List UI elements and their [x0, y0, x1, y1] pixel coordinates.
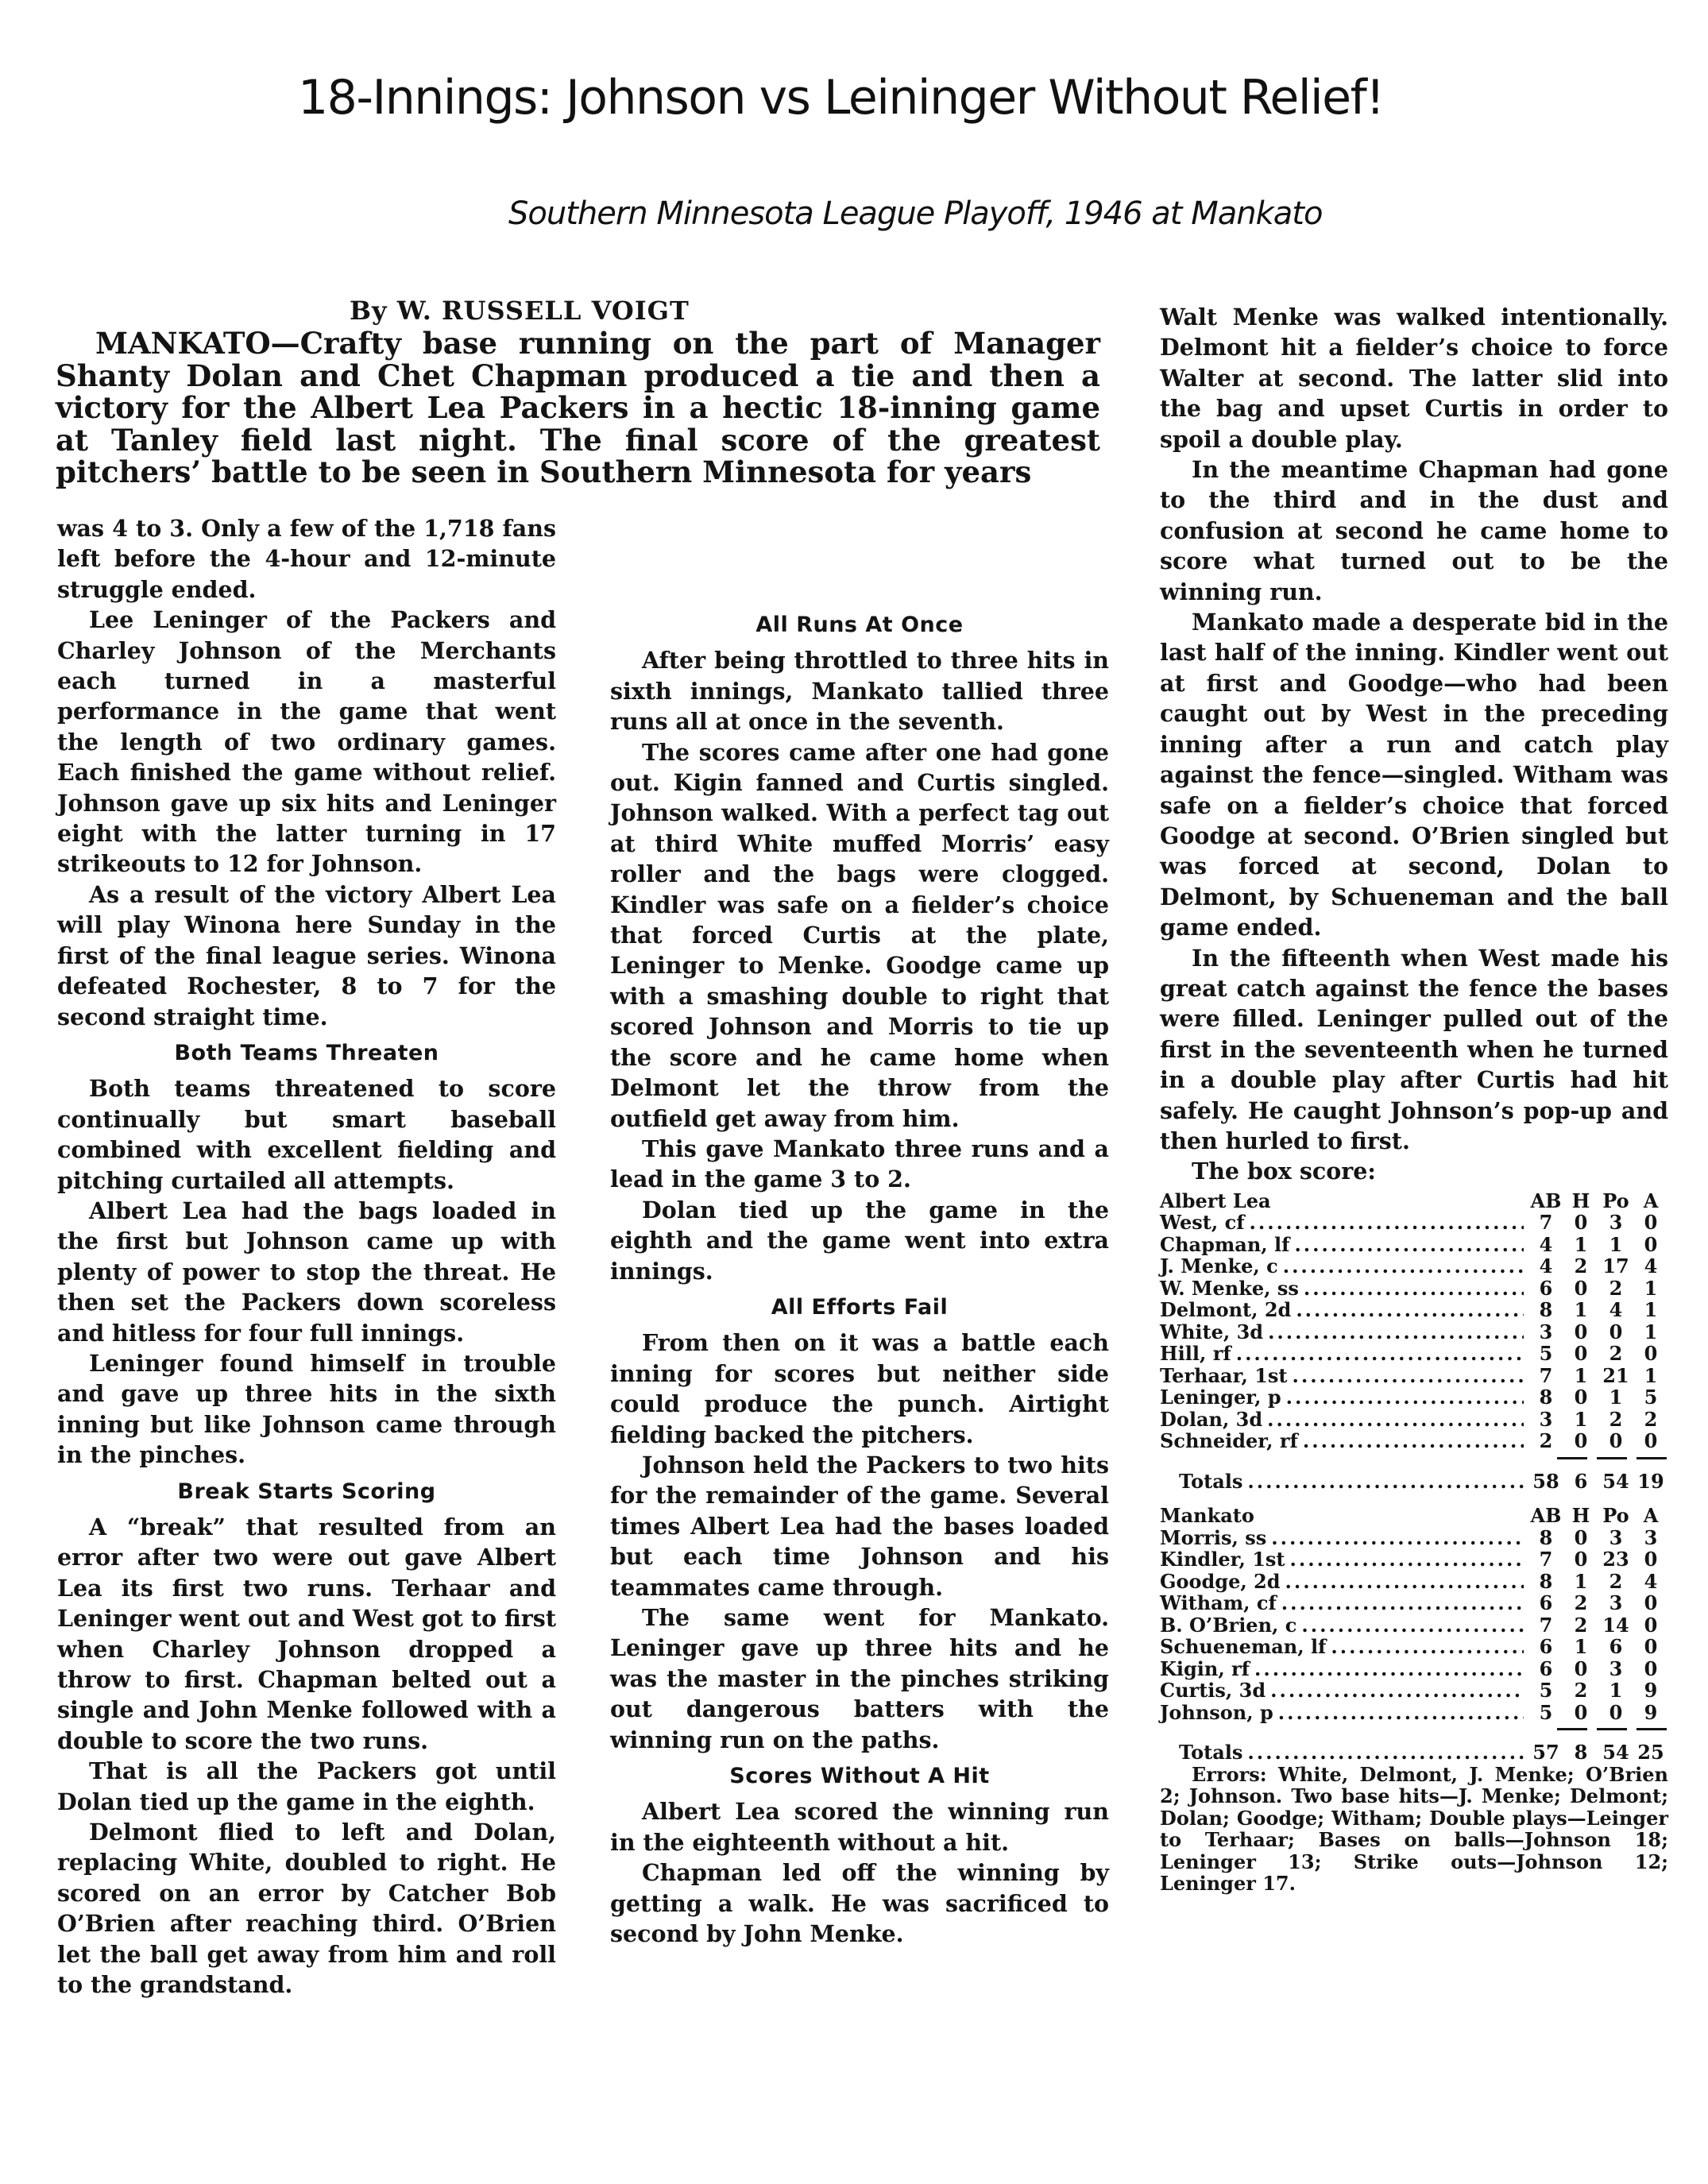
hits: 1 — [1563, 1365, 1598, 1387]
totals-rule — [1557, 1728, 1668, 1730]
paragraph: Albert Lea had the bags loaded in the fi… — [57, 1196, 556, 1348]
subheading: All Runs At Once — [610, 610, 1109, 640]
box-score-row: White, 3d3001 — [1160, 1321, 1668, 1343]
subheading: All Efforts Fail — [610, 1293, 1109, 1323]
hits: 0 — [1563, 1658, 1598, 1680]
box-score-row: J. Menke, c42174 — [1160, 1255, 1668, 1278]
box-score-row: Schueneman, lf6160 — [1160, 1636, 1668, 1658]
paragraph: This gave Mankato three runs and a lead … — [610, 1134, 1109, 1195]
assists: 9 — [1633, 1680, 1668, 1702]
putouts: 1 — [1598, 1680, 1633, 1702]
paragraph: In the meantime Chapman had gone to the … — [1160, 454, 1668, 607]
page-title: 18-Innings: Johnson vs Leininger Without… — [298, 70, 1505, 126]
box-score-row: Hill, rf5020 — [1160, 1343, 1668, 1365]
at-bats: 6 — [1528, 1592, 1563, 1614]
at-bats: 5 — [1528, 1680, 1563, 1702]
hits: 0 — [1563, 1321, 1598, 1343]
hits: 0 — [1563, 1702, 1598, 1724]
putouts: 2 — [1598, 1409, 1633, 1431]
lead-paragraph: MANKATO—Crafty base running on the part … — [56, 327, 1100, 489]
paragraph: Chapman led off the winning by getting a… — [610, 1857, 1109, 1949]
at-bats: 7 — [1528, 1365, 1563, 1387]
box-score-row: Chapman, lf4110 — [1160, 1234, 1668, 1256]
hits: 1 — [1563, 1636, 1598, 1658]
at-bats: 6 — [1528, 1636, 1563, 1658]
box-score: Albert Lea AB H Po A West, cf7030Chapman… — [1160, 1190, 1668, 1895]
putouts: 0 — [1598, 1430, 1633, 1452]
player-name: Goodge, 2d — [1160, 1571, 1281, 1593]
page-subtitle: Southern Minnesota League Playoff, 1946 … — [508, 195, 1541, 232]
hits: 2 — [1563, 1614, 1598, 1637]
box-score-row: Terhaar, 1st71211 — [1160, 1365, 1668, 1387]
totals-row: Totals 58 6 54 19 — [1160, 1471, 1668, 1493]
paragraph: A “break” that resulted from an error af… — [57, 1512, 556, 1756]
paragraph: As a result of the victory Albert Lea wi… — [57, 879, 556, 1032]
putouts: 3 — [1598, 1592, 1633, 1614]
putouts: 3 — [1598, 1658, 1633, 1680]
at-bats: 7 — [1528, 1548, 1563, 1571]
player-name: West, cf — [1160, 1212, 1245, 1234]
column-header: Po — [1598, 1505, 1633, 1527]
assists: 0 — [1633, 1614, 1668, 1637]
putouts: 1 — [1598, 1234, 1633, 1256]
hits: 0 — [1563, 1278, 1598, 1300]
at-bats: 2 — [1528, 1430, 1563, 1452]
at-bats: 5 — [1528, 1702, 1563, 1724]
column-header: A — [1633, 1190, 1668, 1212]
assists: 0 — [1633, 1592, 1668, 1614]
player-name: Leninger, p — [1160, 1386, 1281, 1409]
assists: 0 — [1633, 1430, 1668, 1452]
assists: 0 — [1633, 1636, 1668, 1658]
putouts: 3 — [1598, 1212, 1633, 1234]
paragraph: Delmont flied to left and Dolan, replaci… — [57, 1817, 556, 2000]
assists: 1 — [1633, 1278, 1668, 1300]
box-score-row: Goodge, 2d8124 — [1160, 1571, 1668, 1593]
box-score-row: Curtis, 3d5219 — [1160, 1680, 1668, 1702]
paragraph: The same went for Mankato. Leninger gave… — [610, 1602, 1109, 1755]
player-name: Curtis, 3d — [1160, 1680, 1266, 1702]
hits: 1 — [1563, 1234, 1598, 1256]
box-score-row: Schneider, rf2000 — [1160, 1430, 1668, 1452]
at-bats: 7 — [1528, 1212, 1563, 1234]
hits: 2 — [1563, 1255, 1598, 1278]
hits: 0 — [1563, 1212, 1598, 1234]
paragraph: was 4 to 3. Only a few of the 1,718 fans… — [57, 513, 556, 605]
assists: 2 — [1633, 1409, 1668, 1431]
putouts: 2 — [1598, 1278, 1633, 1300]
at-bats: 6 — [1528, 1658, 1563, 1680]
hits: 0 — [1563, 1430, 1598, 1452]
at-bats: 8 — [1528, 1571, 1563, 1593]
at-bats: 5 — [1528, 1343, 1563, 1365]
paragraph: That is all the Packers got until Dolan … — [57, 1756, 556, 1817]
box-score-header-albert-lea: Albert Lea AB H Po A — [1160, 1190, 1668, 1212]
assists: 1 — [1633, 1321, 1668, 1343]
totals-rule — [1557, 1457, 1668, 1459]
player-name: Delmont, 2d — [1160, 1299, 1291, 1321]
hits: 0 — [1563, 1548, 1598, 1571]
at-bats: 6 — [1528, 1278, 1563, 1300]
column-header: AB — [1528, 1190, 1563, 1212]
putouts: 2 — [1598, 1343, 1633, 1365]
paragraph: Both teams threatened to score continual… — [57, 1073, 556, 1196]
box-score-row: Johnson, p5009 — [1160, 1702, 1668, 1724]
player-name: Kindler, 1st — [1160, 1548, 1285, 1571]
putouts: 0 — [1598, 1321, 1633, 1343]
assists: 9 — [1633, 1702, 1668, 1724]
box-score-row: West, cf7030 — [1160, 1212, 1668, 1234]
assists: 0 — [1633, 1658, 1668, 1680]
player-name: Johnson, p — [1160, 1702, 1273, 1724]
paragraph: Albert Lea scored the winning run in the… — [610, 1796, 1109, 1857]
hits: 2 — [1563, 1680, 1598, 1702]
box-score-row: Leninger, p8015 — [1160, 1386, 1668, 1409]
subheading: Both Teams Threaten — [57, 1038, 556, 1069]
paragraph: From then on it was a battle each inning… — [610, 1328, 1109, 1450]
paragraph: Johnson held the Packers to two hits for… — [610, 1450, 1109, 1602]
assists: 4 — [1633, 1571, 1668, 1593]
box-score-row: W. Menke, ss6021 — [1160, 1278, 1668, 1300]
box-score-row: Delmont, 2d8141 — [1160, 1299, 1668, 1321]
at-bats: 7 — [1528, 1614, 1563, 1637]
box-score-row: Kigin, rf6030 — [1160, 1658, 1668, 1680]
assists: 0 — [1633, 1548, 1668, 1571]
assists: 1 — [1633, 1299, 1668, 1321]
putouts: 23 — [1598, 1548, 1633, 1571]
putouts: 2 — [1598, 1571, 1633, 1593]
putouts: 0 — [1598, 1702, 1633, 1724]
paragraph: The box score: — [1160, 1156, 1668, 1186]
article-column-1: was 4 to 3. Only a few of the 1,718 fans… — [57, 513, 556, 2000]
paragraph: Mankato made a desperate bid in the last… — [1160, 607, 1668, 942]
article-column-2: All Runs At Once After being throttled t… — [610, 604, 1109, 1949]
column-header: H — [1563, 1505, 1598, 1527]
at-bats: 8 — [1528, 1527, 1563, 1549]
at-bats: 3 — [1528, 1321, 1563, 1343]
player-name: Dolan, 3d — [1160, 1409, 1262, 1431]
team-name: Albert Lea — [1160, 1190, 1271, 1212]
player-name: Hill, rf — [1160, 1343, 1231, 1365]
player-name: Morris, ss — [1160, 1527, 1266, 1549]
paragraph: Leninger found himself in trouble and ga… — [57, 1348, 556, 1471]
assists: 4 — [1633, 1255, 1668, 1278]
box-score-row: Kindler, 1st70230 — [1160, 1548, 1668, 1571]
hits: 1 — [1563, 1571, 1598, 1593]
box-score-row: Dolan, 3d3122 — [1160, 1409, 1668, 1431]
paragraph: In the fifteenth when West made his grea… — [1160, 943, 1668, 1157]
putouts: 1 — [1598, 1386, 1633, 1409]
column-header: AB — [1528, 1505, 1563, 1527]
assists: 3 — [1633, 1527, 1668, 1549]
assists: 0 — [1633, 1212, 1668, 1234]
at-bats: 8 — [1528, 1386, 1563, 1409]
hits: 0 — [1563, 1386, 1598, 1409]
paragraph: Walt Menke was walked intentionally. Del… — [1160, 302, 1668, 454]
at-bats: 8 — [1528, 1299, 1563, 1321]
paragraph: After being throttled to three hits in s… — [610, 645, 1109, 736]
column-header: Po — [1598, 1190, 1633, 1212]
hits: 2 — [1563, 1592, 1598, 1614]
putouts: 14 — [1598, 1614, 1633, 1637]
paragraph: Lee Leninger of the Packers and Charley … — [57, 605, 556, 879]
assists: 0 — [1633, 1234, 1668, 1256]
subheading: Break Starts Scoring — [57, 1477, 556, 1507]
putouts: 3 — [1598, 1527, 1633, 1549]
box-score-row: Morris, ss8033 — [1160, 1527, 1668, 1549]
putouts: 21 — [1598, 1365, 1633, 1387]
player-name: Schneider, rf — [1160, 1430, 1298, 1452]
box-score-notes: Errors: White, Delmont, J. Menke; O’Brie… — [1160, 1764, 1668, 1895]
hits: 0 — [1563, 1527, 1598, 1549]
putouts: 17 — [1598, 1255, 1633, 1278]
box-score-header-mankato: Mankato AB H Po A — [1160, 1505, 1668, 1527]
paragraph: The scores came after one had gone out. … — [610, 737, 1109, 1134]
at-bats: 3 — [1528, 1409, 1563, 1431]
player-name: Terhaar, 1st — [1160, 1365, 1287, 1387]
player-name: Schueneman, lf — [1160, 1636, 1326, 1658]
hits: 1 — [1563, 1299, 1598, 1321]
player-name: Chapman, lf — [1160, 1234, 1289, 1256]
column-header: H — [1563, 1190, 1598, 1212]
team-rows: West, cf7030Chapman, lf4110J. Menke, c42… — [1160, 1212, 1668, 1452]
assists: 0 — [1633, 1343, 1668, 1365]
assists: 5 — [1633, 1386, 1668, 1409]
hits: 0 — [1563, 1343, 1598, 1365]
player-name: W. Menke, ss — [1160, 1278, 1299, 1300]
player-name: B. O’Brien, c — [1160, 1614, 1296, 1637]
at-bats: 4 — [1528, 1234, 1563, 1256]
putouts: 6 — [1598, 1636, 1633, 1658]
box-score-row: Witham, cf6230 — [1160, 1592, 1668, 1614]
column-header: A — [1633, 1505, 1668, 1527]
at-bats: 4 — [1528, 1255, 1563, 1278]
totals-row: Totals 57 8 54 25 — [1160, 1741, 1668, 1764]
player-name: White, 3d — [1160, 1321, 1263, 1343]
player-name: J. Menke, c — [1160, 1255, 1278, 1278]
article-column-3: Walt Menke was walked intentionally. Del… — [1160, 302, 1668, 1895]
team-rows: Morris, ss8033Kindler, 1st70230Goodge, 2… — [1160, 1527, 1668, 1724]
assists: 1 — [1633, 1365, 1668, 1387]
byline: By W. RUSSELL VOIGT — [350, 296, 690, 326]
box-score-row: B. O’Brien, c72140 — [1160, 1614, 1668, 1637]
putouts: 4 — [1598, 1299, 1633, 1321]
paragraph: Dolan tied up the game in the eighth and… — [610, 1195, 1109, 1286]
team-name: Mankato — [1160, 1505, 1254, 1527]
hits: 1 — [1563, 1409, 1598, 1431]
subheading: Scores Without A Hit — [610, 1761, 1109, 1792]
player-name: Kigin, rf — [1160, 1658, 1250, 1680]
player-name: Witham, cf — [1160, 1592, 1277, 1614]
